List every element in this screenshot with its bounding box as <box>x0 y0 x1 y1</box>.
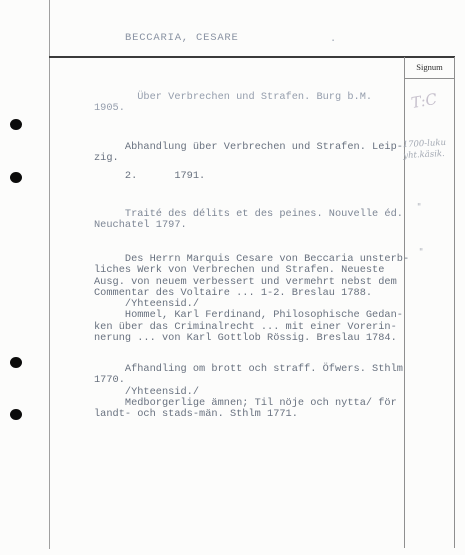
signum-handwritten-shelfmark: T:C <box>410 90 439 112</box>
punch-hole <box>10 119 22 130</box>
entry-des-herrn-marquis: Des Herrn Marquis Cesare von Beccaria un… <box>94 254 409 344</box>
entry-abhandlung-edition-year: 2. 1791. <box>94 171 205 182</box>
signum-ditto-mark: " <box>419 248 423 258</box>
signum-column-right-border <box>454 57 455 548</box>
signum-handwritten-note: 1700-luku yht.käsik. <box>402 138 446 162</box>
entry-abhandlung: Abhandlung über Verbrechen und Strafen. … <box>94 142 403 165</box>
stray-period-mark: . <box>330 34 336 45</box>
header-rule <box>49 56 455 58</box>
entry-afhandling-om-brott: Afhandling om brott och straff. Öfwers. … <box>94 364 403 420</box>
card-heading: BECCARIA, CESARE <box>125 33 239 44</box>
punch-hole <box>10 172 22 183</box>
entry-traite-des-delits: Traité des délits et des peines. Nouvell… <box>94 209 403 232</box>
signum-ditto-mark: " <box>417 203 421 213</box>
punch-hole <box>10 357 22 368</box>
entry-ueber-verbrechen: Über Verbrechen und Strafen. Burg b.M. 1… <box>94 92 372 115</box>
left-margin-line <box>49 0 50 549</box>
signum-label-underline <box>404 78 455 79</box>
punch-hole <box>10 409 22 420</box>
signum-column-label: Signum <box>404 62 455 72</box>
